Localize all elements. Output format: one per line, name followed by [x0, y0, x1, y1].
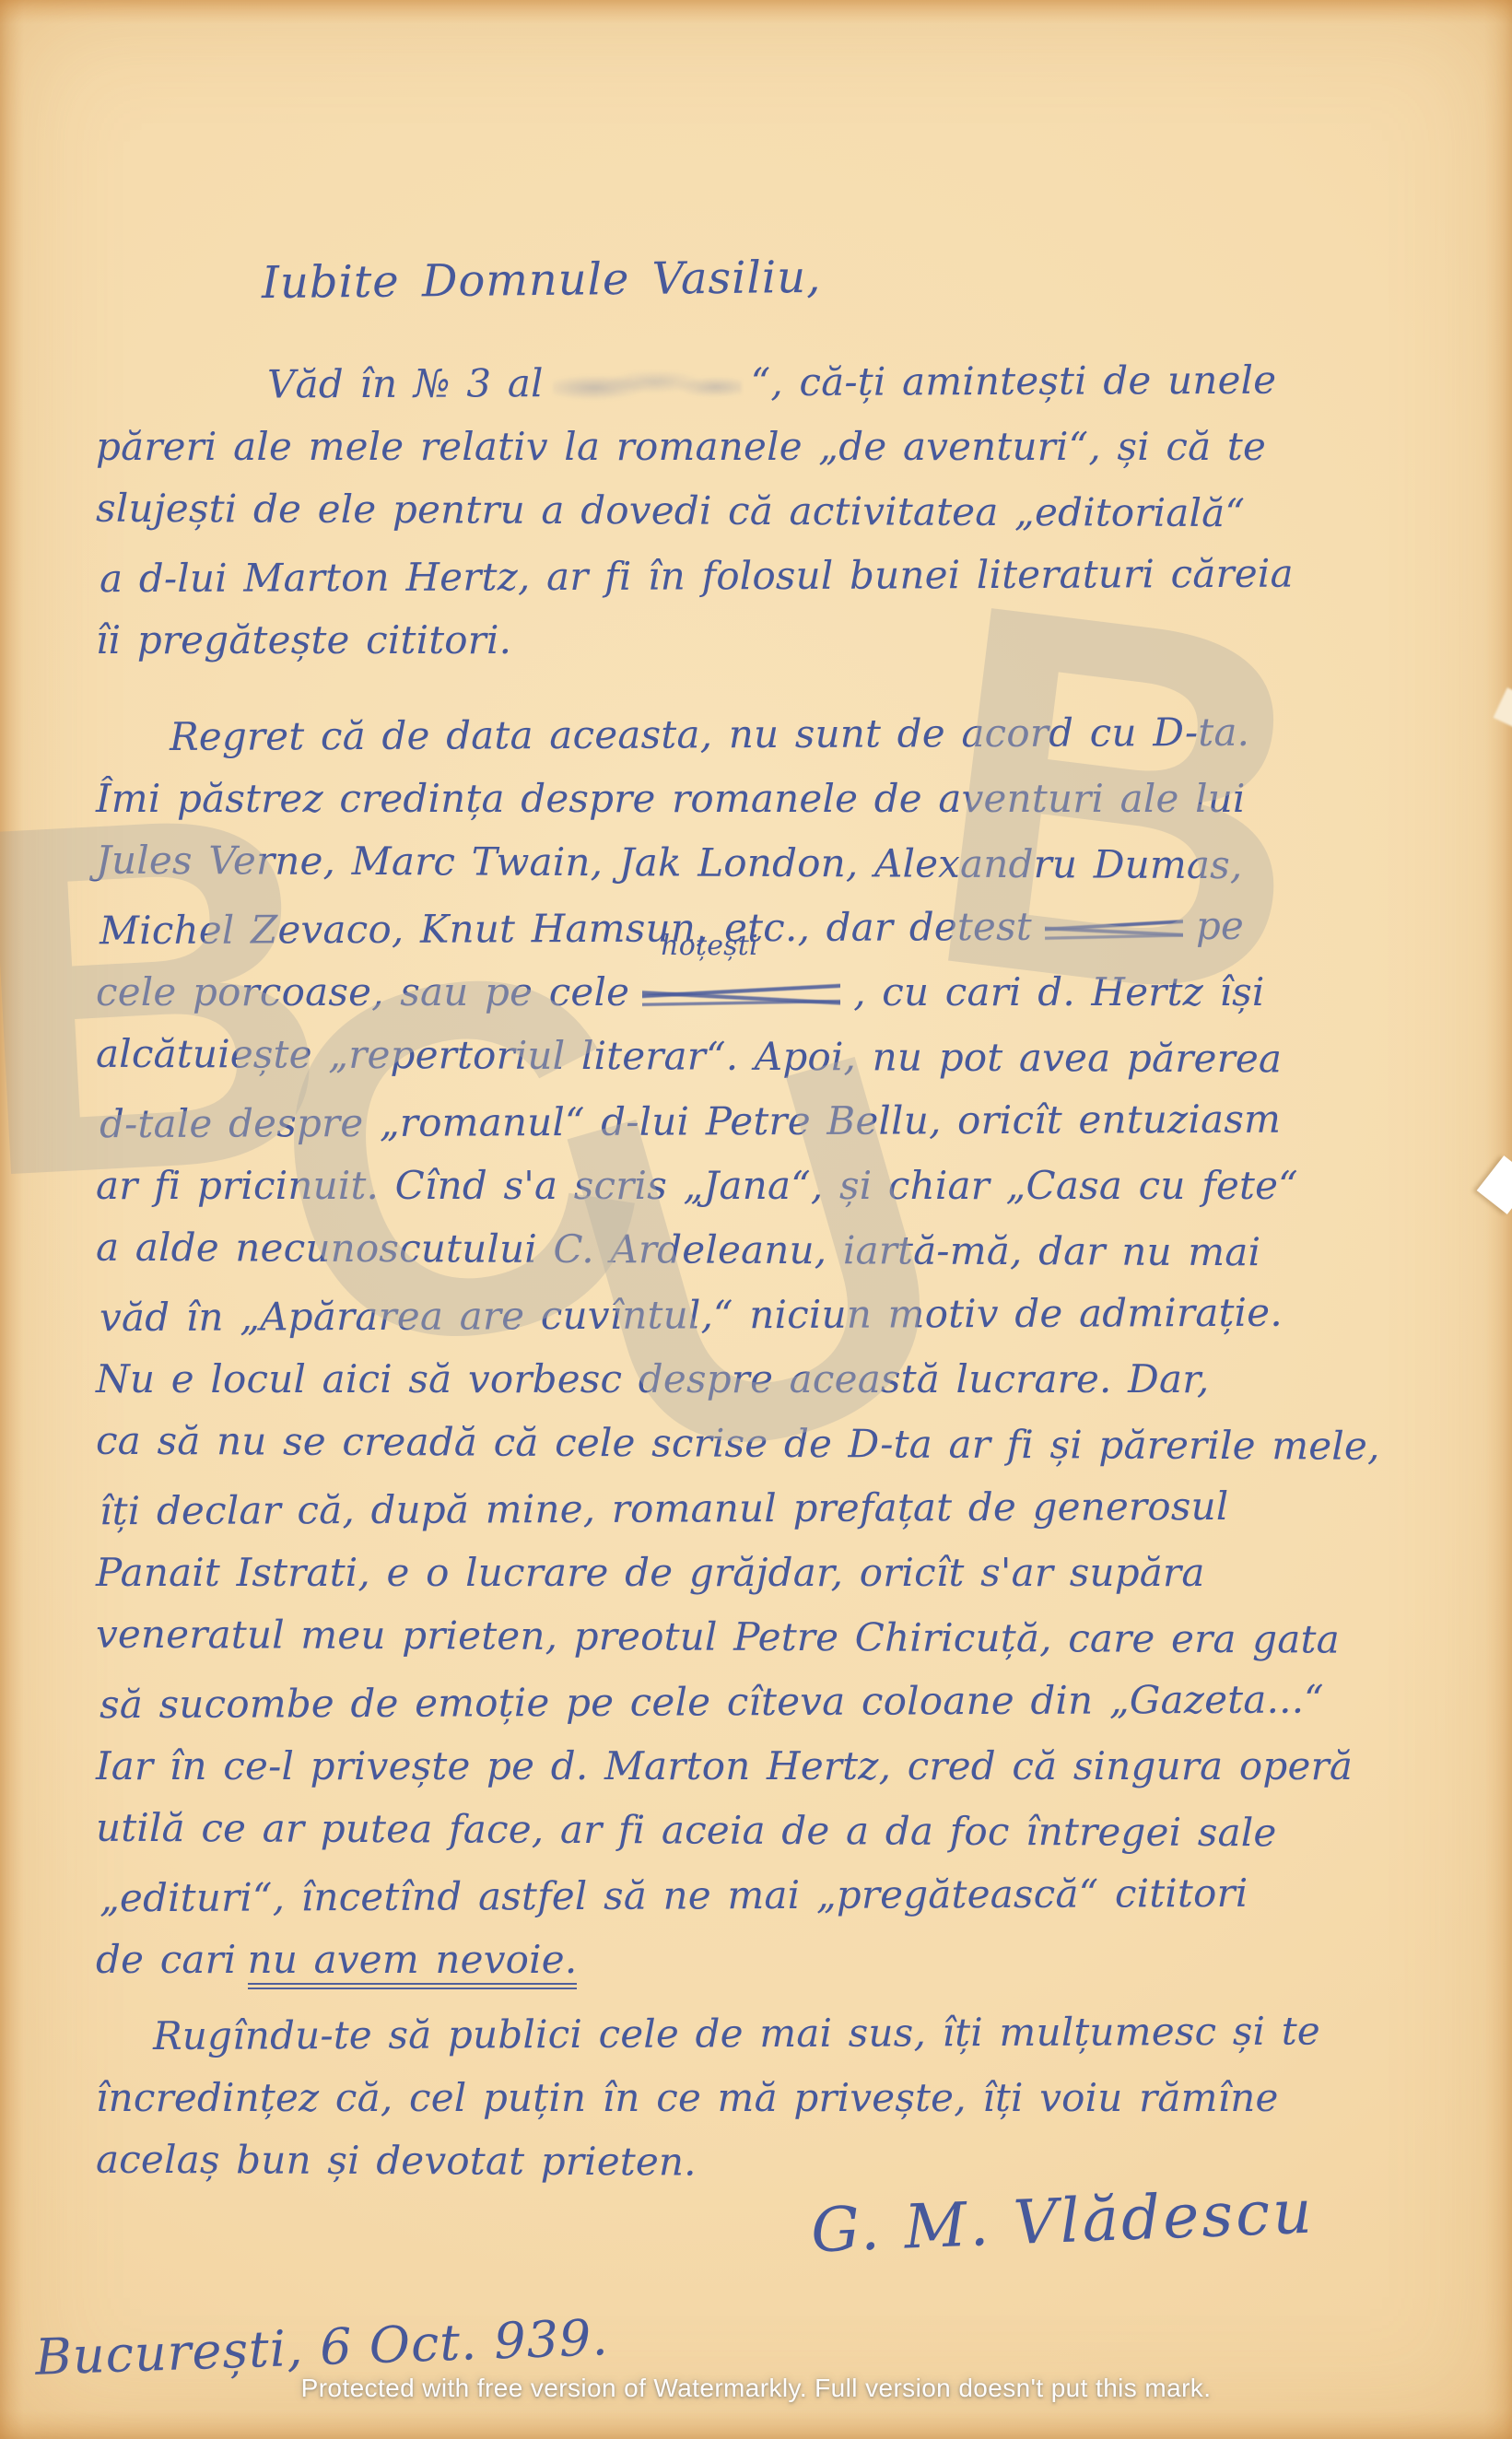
letter-line: Nu e locul aici să vorbesc despre aceast… [96, 1347, 1483, 1412]
letter-line: veneratul meu prieten, preotul Petre Chi… [96, 1602, 1483, 1673]
paragraph-2: Regret că de data aceasta, nu sunt de ac… [96, 702, 1483, 1992]
line-text: “, că-ți amintești de unele [751, 358, 1277, 405]
letter-line: să sucombe de emoție pe cele cîteva colo… [100, 1667, 1483, 1738]
letter-line: ar fi pricinuit. Cînd s'a scris „Jana“, … [96, 1154, 1483, 1218]
letter-line: Rugîndu-te să publici cele de mai sus, î… [100, 1999, 1483, 2070]
crossed-out-word-with-insertion: hoțești [629, 960, 853, 1025]
line-text: cele porcoase, sau pe cele [96, 969, 629, 1014]
letter-line: Văd în № 3 al“, că-ți amintești de unele [100, 347, 1483, 418]
line-text: de cari [96, 1937, 237, 1982]
line-text: Văd în № 3 al [267, 360, 544, 406]
letter-line: a d-lui Marton Hertz, ar fi în folosul b… [100, 541, 1483, 612]
crossed-out-word [642, 981, 840, 1009]
salutation: Iubite Domnule Vasiliu, [262, 252, 822, 309]
letter-line: Îmi păstrez credința despre romanele de … [96, 767, 1483, 831]
line-text: pe [1196, 903, 1244, 948]
paragraph-3: Rugîndu-te să publici cele de mai sus, î… [96, 2001, 1483, 2195]
letter-line: Panait Istrati, e o lucrare de grăjdar, … [96, 1541, 1483, 1605]
paper-spot [1494, 687, 1512, 728]
watermark-notice: Protected with free version of Watermark… [301, 2374, 1212, 2403]
letter-line: utilă ce ar putea face, ar fi aceia de a… [96, 1796, 1483, 1867]
letter-line: „edituri“, încetînd astfel să ne mai „pr… [100, 1860, 1483, 1931]
letter-line: alcătuiește „repertoriul literar“. Apoi,… [96, 1022, 1483, 1093]
letter-line: văd în „Apărarea are cuvîntul,“ niciun m… [100, 1280, 1483, 1351]
line-text: Michel Zevaco, Knut Hamsun, etc., dar de… [100, 904, 1032, 953]
scanned-letter-page: Iubite Domnule Vasiliu, Văd în № 3 al“, … [0, 0, 1512, 2439]
letter-line: Regret că de data aceasta, nu sunt de ac… [100, 699, 1483, 770]
letter-line: Michel Zevaco, Knut Hamsun, etc., dar de… [100, 893, 1483, 964]
line-text: , cu cari d. Hertz își [853, 969, 1264, 1014]
inserted-word: hoțești [661, 932, 758, 960]
paragraph-1: Văd în № 3 al“, că-ți amintești de unele… [96, 350, 1483, 673]
letter-line: păreri ale mele relativ la romanele „de … [96, 415, 1483, 479]
letter-line: a alde necunoscutului C. Ardeleanu, iart… [96, 1215, 1483, 1286]
letter-line: încredințez că, cel puțin în ce mă prive… [96, 2066, 1483, 2130]
letter-line: cele porcoase, sau pe celehoțești, cu ca… [96, 960, 1483, 1025]
letter-line: slujești de ele pentru a dovedi că activ… [96, 476, 1483, 547]
letter-line: ca să nu se creadă că cele scrise de D-t… [96, 1409, 1483, 1480]
letter-line: d-tale despre „romanul“ d-lui Petre Bell… [100, 1086, 1483, 1157]
letter-line: Iar în ce-l privește pe d. Marton Hertz,… [96, 1734, 1483, 1799]
letter-line: îi pregătește cititori. [96, 608, 1483, 673]
letter-line: Jules Verne, Marc Twain, Jak London, Ale… [96, 828, 1483, 899]
letter-line: îți declar că, după mine, romanul prefaț… [100, 1473, 1483, 1544]
crossed-out-word [1045, 915, 1183, 944]
underlined-phrase: nu avem nevoie. [248, 1937, 578, 1989]
erased-word-smudge [553, 369, 742, 403]
letter-line: de carinu avem nevoie. [96, 1928, 1483, 1992]
